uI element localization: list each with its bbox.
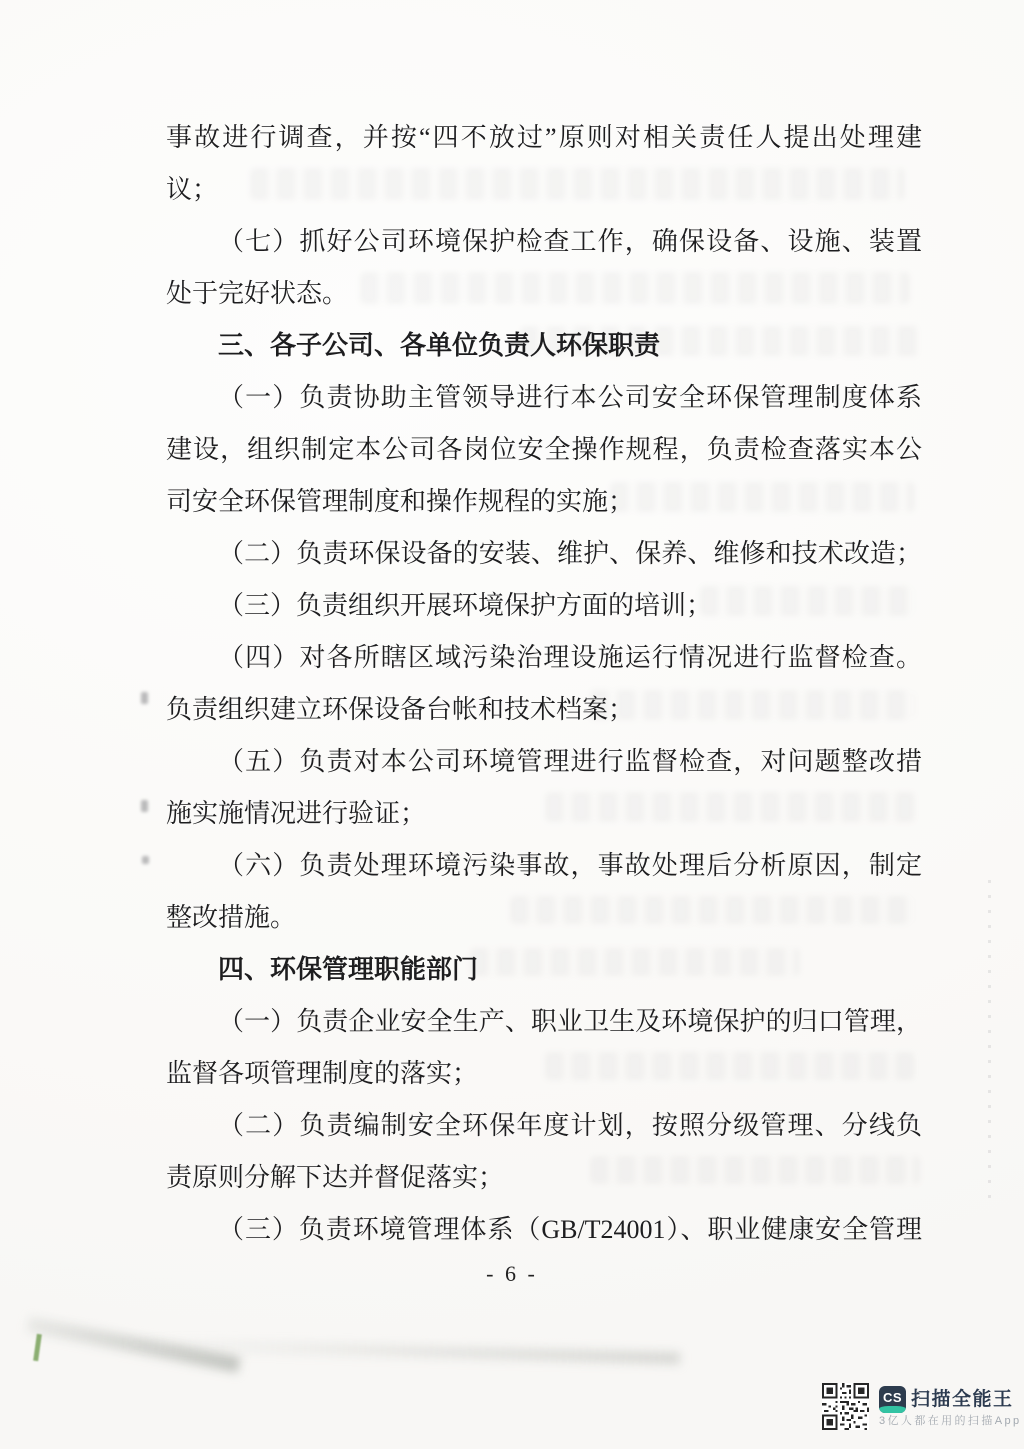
camscanner-app-name: 扫描全能王 [911,1386,1014,1414]
document-body: 事故进行调查，并按“四不放过”原则对相关责任人提出处理建议；（七）抓好公司环境保… [166,112,922,1256]
scan-edge-green-artifact [33,1334,42,1361]
qr-code-icon [822,1381,869,1432]
text-line: 责原则分解下达并督促落实； [166,1152,922,1204]
text-line: （三）负责环境管理体系（GB/T24001）、职业健康安全管理 [166,1204,922,1256]
scan-speck [141,692,148,704]
scan-edge-artifact [988,880,991,1210]
text-line: （二）负责环保设备的安装、维护、保养、维修和技术改造； [166,528,922,580]
text-line: 负责组织建立环保设备台帐和技术档案； [166,684,922,736]
text-line: 监督各项管理制度的落实； [166,1048,922,1100]
text-line: （四）对各所瞎区域污染治理设施运行情况进行监督检查。 [166,632,922,684]
text-line: （二）负责编制安全环保年度计划，按照分级管理、分线负 [166,1100,922,1152]
text-line: 建设，组织制定本公司各岗位安全操作规程，负责检查落实本公 [166,424,922,476]
camscanner-logo-icon: CS [879,1386,906,1413]
text-line: 施实施情况进行验证； [166,788,922,840]
text-line: 司安全环保管理制度和操作规程的实施； [166,476,922,528]
page-number: - 6 - [0,1254,1024,1294]
section-heading: 四、环保管理职能部门 [166,944,922,996]
text-line: 事故进行调查，并按“四不放过”原则对相关责任人提出处理建 [166,112,922,164]
scan-speck [141,800,148,812]
scanned-document-page: 事故进行调查，并按“四不放过”原则对相关责任人提出处理建议；（七）抓好公司环境保… [0,0,1024,1449]
text-line: 议； [166,164,922,216]
text-line: 整改措施。 [166,892,922,944]
text-line: （三）负责组织开展环境保护方面的培训； [166,580,922,632]
text-line: 处于完好状态。 [166,268,922,320]
camscanner-logo-swish [879,1406,906,1413]
text-line: （五）负责对本公司环境管理进行监督检查，对问题整改措 [166,736,922,788]
camscanner-logo-text: CS [879,1387,906,1408]
text-line: （一）负责协助主管领导进行本公司安全环保管理制度体系 [166,372,922,424]
text-line: （一）负责企业安全生产、职业卫生及环境保护的归口管理， [166,996,922,1048]
section-heading: 三、各子公司、各单位负责人环保职责 [166,320,922,372]
camscanner-tagline: 3亿人都在用的扫描App [879,1414,1022,1428]
text-line: （六）负责处理环境污染事故，事故处理后分析原因，制定 [166,840,922,892]
scan-speck [142,856,149,864]
text-line: （七）抓好公司环境保护检查工作，确保设备、设施、装置 [166,216,922,268]
